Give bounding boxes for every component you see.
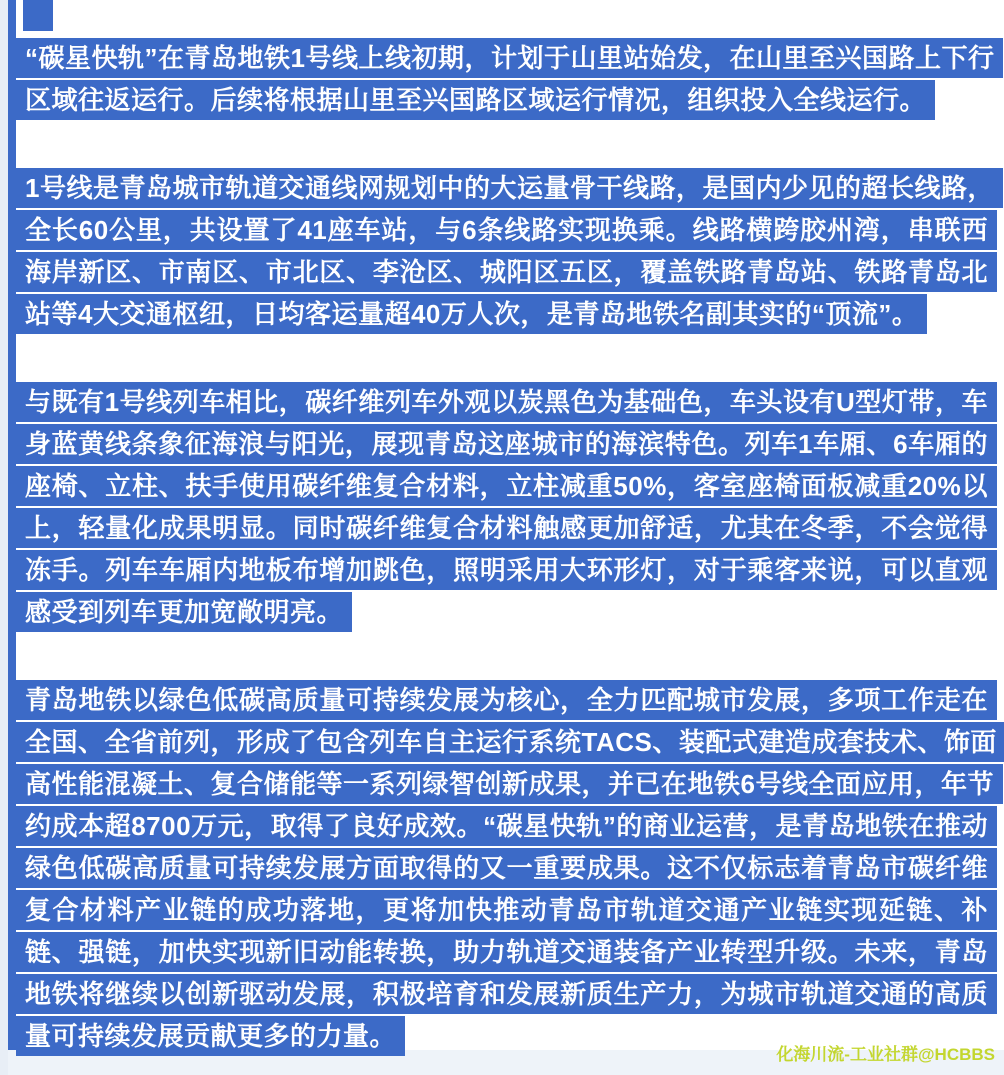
page-left-margin	[0, 0, 8, 1075]
paragraph-route-plan: “碳星快轨”在青岛地铁1号线上线初期，计划于山里站始发，在山里至兴国路上下行区域…	[16, 37, 997, 121]
highlighted-text: 1号线是青岛城市轨道交通线网规划中的大运量骨干线路，是国内少见的超长线路，全长6…	[16, 168, 1003, 334]
highlighted-text: 与既有1号线列车相比，碳纤维列车外观以炭黑色为基础色，车头设有U型灯带，车身蓝黄…	[16, 382, 997, 632]
paragraph-green-development: 青岛地铁以绿色低碳高质量可持续发展为核心，全力匹配城市发展，多项工作走在全国、全…	[16, 679, 997, 1057]
paragraph-train-features: 与既有1号线列车相比，碳纤维列车外观以炭黑色为基础色，车头设有U型灯带，车身蓝黄…	[16, 381, 997, 633]
highlighted-text: “碳星快轨”在青岛地铁1号线上线初期，计划于山里站始发，在山里至兴国路上下行区域…	[16, 38, 1003, 120]
highlighted-text: 青岛地铁以绿色低碳高质量可持续发展为核心，全力匹配城市发展，多项工作走在全国、全…	[16, 680, 1004, 1056]
paragraph-line1-overview: 1号线是青岛城市轨道交通线网规划中的大运量骨干线路，是国内少见的超长线路，全长6…	[16, 167, 997, 335]
article-body: “碳星快轨”在青岛地铁1号线上线初期，计划于山里站始发，在山里至兴国路上下行区域…	[16, 0, 997, 1057]
watermark: 化海川流-工业社群@HCBBS	[776, 1040, 995, 1065]
left-accent-line	[8, 0, 16, 1062]
